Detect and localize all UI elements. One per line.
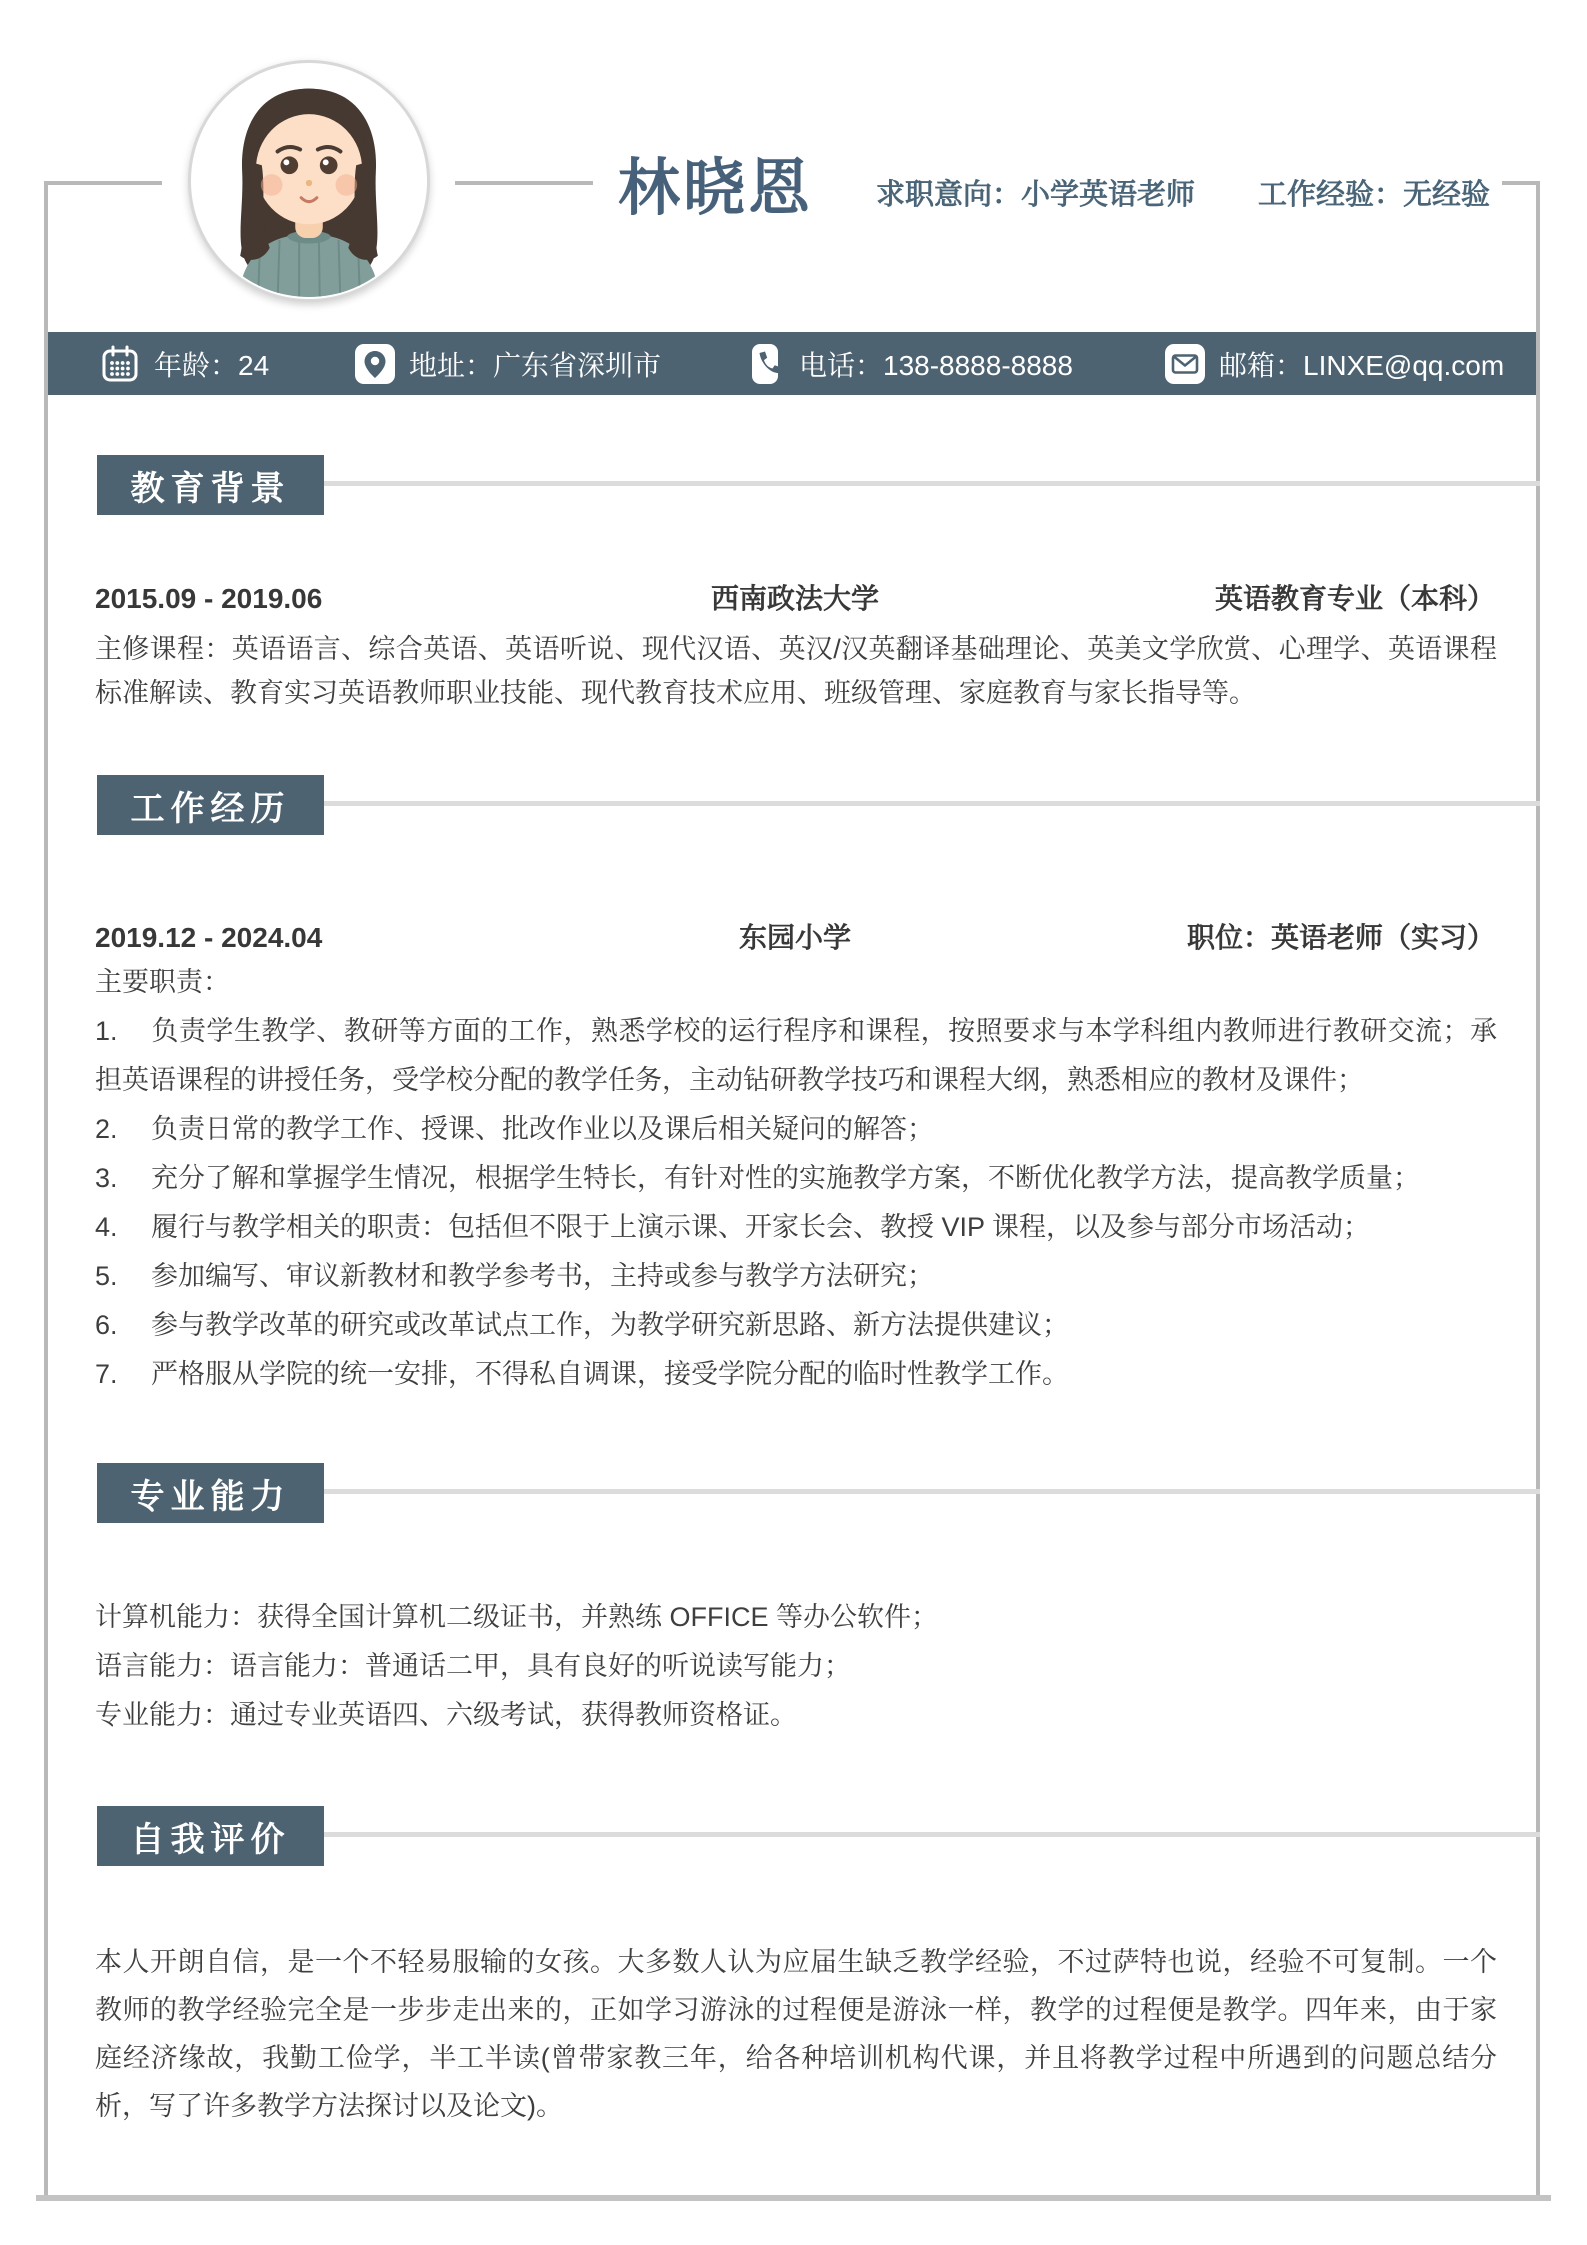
work-company: 东园小学 xyxy=(739,916,851,956)
mail-icon xyxy=(1165,344,1205,384)
duty-item-7: 7.严格服从学院的统一安排，不得私自调课，接受学院分配的临时性教学工作。 xyxy=(95,1350,1497,1399)
contact-address: 地址：广东省深圳市 xyxy=(355,332,661,395)
job-intention: 求职意向：小学英语老师 xyxy=(876,172,1195,213)
candidate-name: 林晓恩 xyxy=(618,138,813,227)
work-position: 职位：英语老师（实习） xyxy=(851,916,1495,956)
duty-item-4: 4.履行与教学相关的职责：包括但不限于上演示课、开家长会、教授 VIP 课程，以… xyxy=(95,1203,1497,1252)
address-text: 地址：广东省深圳市 xyxy=(409,344,661,384)
section-divider-education xyxy=(324,481,1540,486)
section-divider-self-evaluation xyxy=(324,1832,1540,1837)
skills-list: 计算机能力：获得全国计算机二级证书，并熟练 OFFICE 等办公软件； 语言能力… xyxy=(95,1593,1497,1740)
duty-item-6: 6.参与教学改革的研究或改革试点工作，为教学研究新思路、新方法提供建议； xyxy=(95,1301,1497,1350)
phone-icon xyxy=(745,342,785,386)
contact-bar: 年龄：24 地址：广东省深圳市 电话：138-8888-8888 xyxy=(48,332,1536,395)
section-title-education: 教育背景 xyxy=(97,455,324,515)
skill-language: 语言能力：语言能力：普通话二甲，具有良好的听说读写能力； xyxy=(95,1642,1497,1691)
education-period: 2015.09 - 2019.06 xyxy=(95,583,711,615)
frame-top-mid-segment xyxy=(455,181,593,185)
frame-top-left-segment xyxy=(44,181,162,185)
contact-age: 年龄：24 xyxy=(100,332,269,395)
duty-item-3: 3.充分了解和掌握学生情况，根据学生特长，有针对性的实施教学方案，不断优化教学方… xyxy=(95,1154,1497,1203)
education-courses: 主修课程：英语语言、综合英语、英语听说、现代汉语、英汉/汉英翻译基础理论、英美文… xyxy=(95,627,1497,715)
resume-page: 林晓恩 求职意向：小学英语老师 工作经验：无经验 年龄：24 xyxy=(0,0,1587,2245)
section-divider-skills xyxy=(324,1489,1540,1494)
work-experience-summary: 工作经验：无经验 xyxy=(1258,172,1490,213)
work-duties: 主要职责： 1.负责学生教学、教研等方面的工作，熟悉学校的运行程序和课程，按照要… xyxy=(95,958,1497,1399)
skill-professional: 专业能力：通过专业英语四、六级考试，获得教师资格证。 xyxy=(95,1691,1497,1740)
avatar-illustration-icon xyxy=(191,63,427,299)
section-title-skills: 专业能力 xyxy=(97,1463,324,1523)
frame-bottom-line xyxy=(36,2195,1551,2201)
education-row: 2015.09 - 2019.06 西南政法大学 英语教育专业（本科） xyxy=(95,577,1495,617)
contact-email: 邮箱：LINXE@qq.com xyxy=(1165,332,1504,395)
age-text: 年龄：24 xyxy=(154,344,269,384)
education-school: 西南政法大学 xyxy=(711,577,879,617)
avatar xyxy=(188,60,430,302)
frame-left-line xyxy=(44,181,48,2201)
self-evaluation-text: 本人开朗自信，是一个不轻易服输的女孩。大多数人认为应届生缺乏教学经验，不过萨特也… xyxy=(95,1938,1497,2130)
work-period: 2019.12 - 2024.04 xyxy=(95,922,739,954)
work-row: 2019.12 - 2024.04 东园小学 职位：英语老师（实习） xyxy=(95,916,1495,956)
location-icon xyxy=(355,344,395,384)
duty-item-2: 2.负责日常的教学工作、授课、批改作业以及课后相关疑问的解答； xyxy=(95,1105,1497,1154)
frame-top-right-segment xyxy=(1502,181,1540,185)
duty-item-1: 1.负责学生教学、教研等方面的工作，熟悉学校的运行程序和课程，按照要求与本学科组… xyxy=(95,1007,1497,1105)
duties-label: 主要职责： xyxy=(95,958,1497,1007)
contact-phone: 电话：138-8888-8888 xyxy=(745,332,1073,395)
email-text: 邮箱：LINXE@qq.com xyxy=(1219,344,1504,384)
section-title-work: 工作经历 xyxy=(97,775,324,835)
education-major: 英语教育专业（本科） xyxy=(879,577,1495,617)
phone-text: 电话：138-8888-8888 xyxy=(799,344,1073,384)
section-title-self-evaluation: 自我评价 xyxy=(97,1806,324,1866)
skill-computer: 计算机能力：获得全国计算机二级证书，并熟练 OFFICE 等办公软件； xyxy=(95,1593,1497,1642)
section-divider-work xyxy=(324,801,1540,806)
calendar-icon xyxy=(100,344,140,384)
duty-item-5: 5.参加编写、审议新教材和教学参考书，主持或参与教学方法研究； xyxy=(95,1252,1497,1301)
